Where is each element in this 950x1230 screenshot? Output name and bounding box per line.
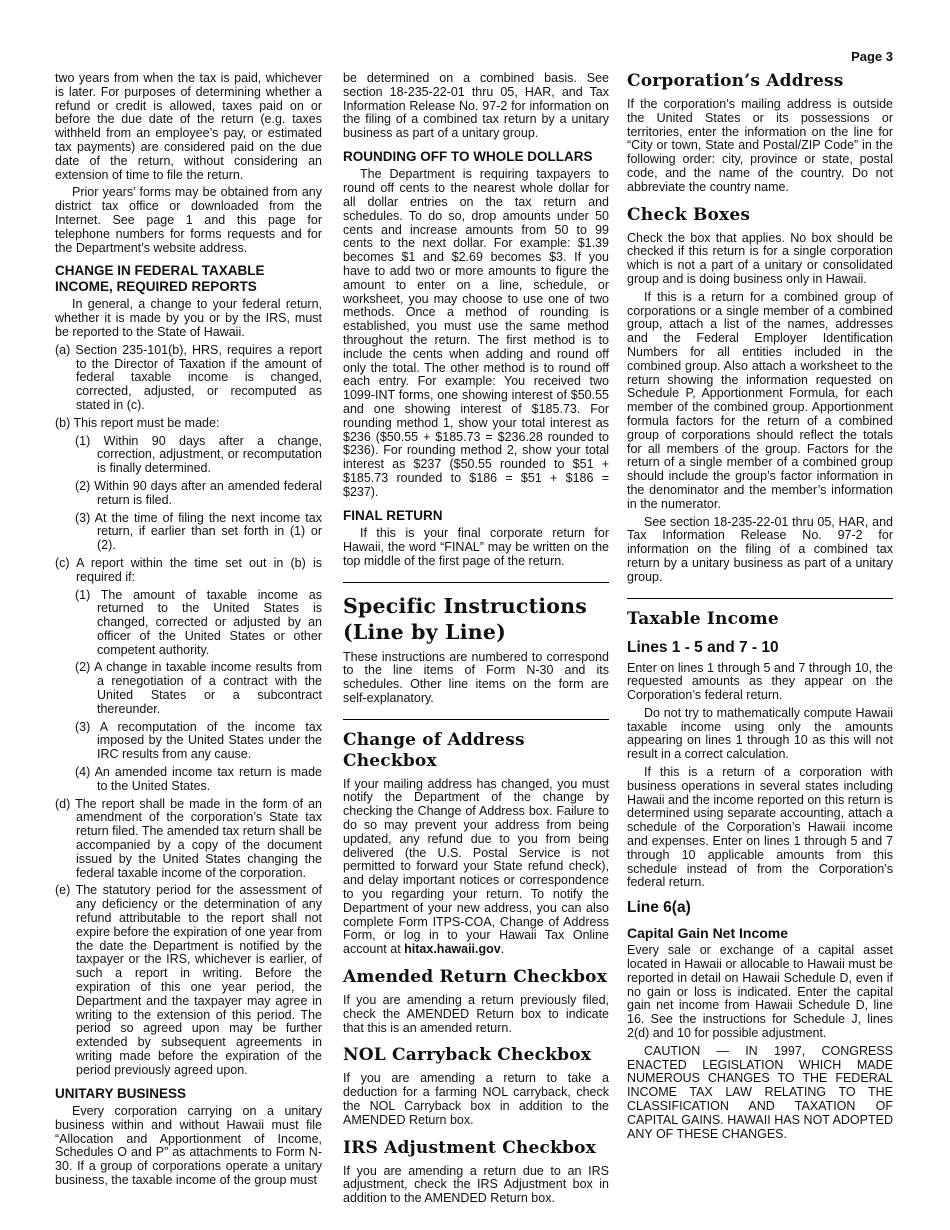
- paragraph: If you are amending a return previously …: [343, 994, 609, 1035]
- paragraph: CAUTION — IN 1997, CONGRESS ENACTED LEGI…: [627, 1045, 893, 1142]
- paragraph: two years from when the tax is paid, whi…: [55, 72, 322, 182]
- heading-capital-gain-net-income: Capital Gain Net Income: [627, 925, 893, 941]
- section-divider: [343, 719, 609, 720]
- heading-change-in-federal-taxable-income: CHANGE IN FEDERAL TAXABLE INCOME, REQUIR…: [55, 263, 322, 294]
- paragraph: Check the box that applies. No box shoul…: [627, 232, 893, 287]
- text-segment: .: [501, 942, 504, 956]
- bold-text: hitax.hawaii.gov: [404, 942, 501, 956]
- paragraph: Prior years’ forms may be obtained from …: [55, 186, 322, 255]
- heading-final-return: FINAL RETURN: [343, 508, 609, 524]
- column-right: Corporation’s AddressIf the corporation’…: [627, 71, 893, 1145]
- paragraph: If this is your final corporate return f…: [343, 527, 609, 568]
- paragraph: Do not try to mathematically compute Haw…: [627, 707, 893, 762]
- paragraph: If your mailing address has changed, you…: [343, 778, 609, 957]
- paragraph: If you are amending a return due to an I…: [343, 1165, 609, 1206]
- section-divider: [627, 598, 893, 599]
- paragraph: In general, a change to your federal ret…: [55, 298, 322, 339]
- heading-check-boxes: Check Boxes: [627, 205, 893, 226]
- paragraph: If this is a return of a corporation wit…: [627, 766, 893, 890]
- heading-nol-carryback-checkbox: NOL Carryback Checkbox: [343, 1045, 609, 1066]
- page-number: Page 3: [627, 49, 893, 64]
- list-item-b-1: (1) Within 90 days after a change, corre…: [75, 435, 322, 476]
- paragraph: If the corporation’s mailing address is …: [627, 98, 893, 195]
- list-item-d: (d) The report shall be made in the form…: [55, 798, 322, 881]
- heading-corporations-address: Corporation’s Address: [627, 71, 893, 92]
- paragraph: The Department is requiring taxpayers to…: [343, 168, 609, 499]
- list-item-c-4: (4) An amended income tax return is made…: [75, 766, 322, 794]
- heading-irs-adjustment-checkbox: IRS Adjustment Checkbox: [343, 1138, 609, 1159]
- paragraph: Every corporation carrying on a unitary …: [55, 1105, 322, 1188]
- document-page: Page 3 two years from when the tax is pa…: [0, 0, 950, 1230]
- paragraph: Every sale or exchange of a capital asse…: [627, 944, 893, 1041]
- heading-lines-1-5-and-7-10: Lines 1 - 5 and 7 - 10: [627, 639, 893, 657]
- paragraph: These instructions are numbered to corre…: [343, 651, 609, 706]
- list-item-c-3: (3) A recomputation of the income tax im…: [75, 721, 322, 762]
- heading-rounding-off-to-whole-dollars: ROUNDING OFF TO WHOLE DOLLARS: [343, 149, 609, 165]
- list-item-b-3: (3) At the time of filing the next incom…: [75, 512, 322, 553]
- heading-amended-return-checkbox: Amended Return Checkbox: [343, 967, 609, 988]
- list-item-a: (a) Section 235-101(b), HRS, requires a …: [55, 344, 322, 413]
- heading-taxable-income: Taxable Income: [627, 609, 893, 630]
- list-item-e: (e) The statutory period for the assessm…: [55, 884, 322, 1077]
- heading-specific-instructions: Specific Instructions (Line by Line): [343, 593, 609, 645]
- paragraph: See section 18-235-22-01 thru 05, HAR, a…: [627, 516, 893, 585]
- heading-line-6a: Line 6(a): [627, 899, 893, 917]
- paragraph: If you are amending a return to take a d…: [343, 1072, 609, 1127]
- column-middle: be determined on a combined basis. See s…: [343, 72, 609, 1210]
- list-item-c-2: (2) A change in taxable income results f…: [75, 661, 322, 716]
- heading-change-of-address-checkbox: Change of Address Checkbox: [343, 730, 609, 772]
- paragraph: be determined on a combined basis. See s…: [343, 72, 609, 141]
- text-segment: If your mailing address has changed, you…: [343, 777, 609, 957]
- column-left: two years from when the tax is paid, whi…: [55, 72, 322, 1192]
- list-item-b-2: (2) Within 90 days after an amended fede…: [75, 480, 322, 508]
- heading-unitary-business: UNITARY BUSINESS: [55, 1086, 322, 1102]
- list-item-b: (b) This report must be made:: [55, 417, 322, 431]
- paragraph: Enter on lines 1 through 5 and 7 through…: [627, 662, 893, 703]
- paragraph: If this is a return for a combined group…: [627, 291, 893, 512]
- section-divider: [343, 582, 609, 583]
- list-item-c-1: (1) The amount of taxable income as retu…: [75, 589, 322, 658]
- list-item-c: (c) A report within the time set out in …: [55, 557, 322, 585]
